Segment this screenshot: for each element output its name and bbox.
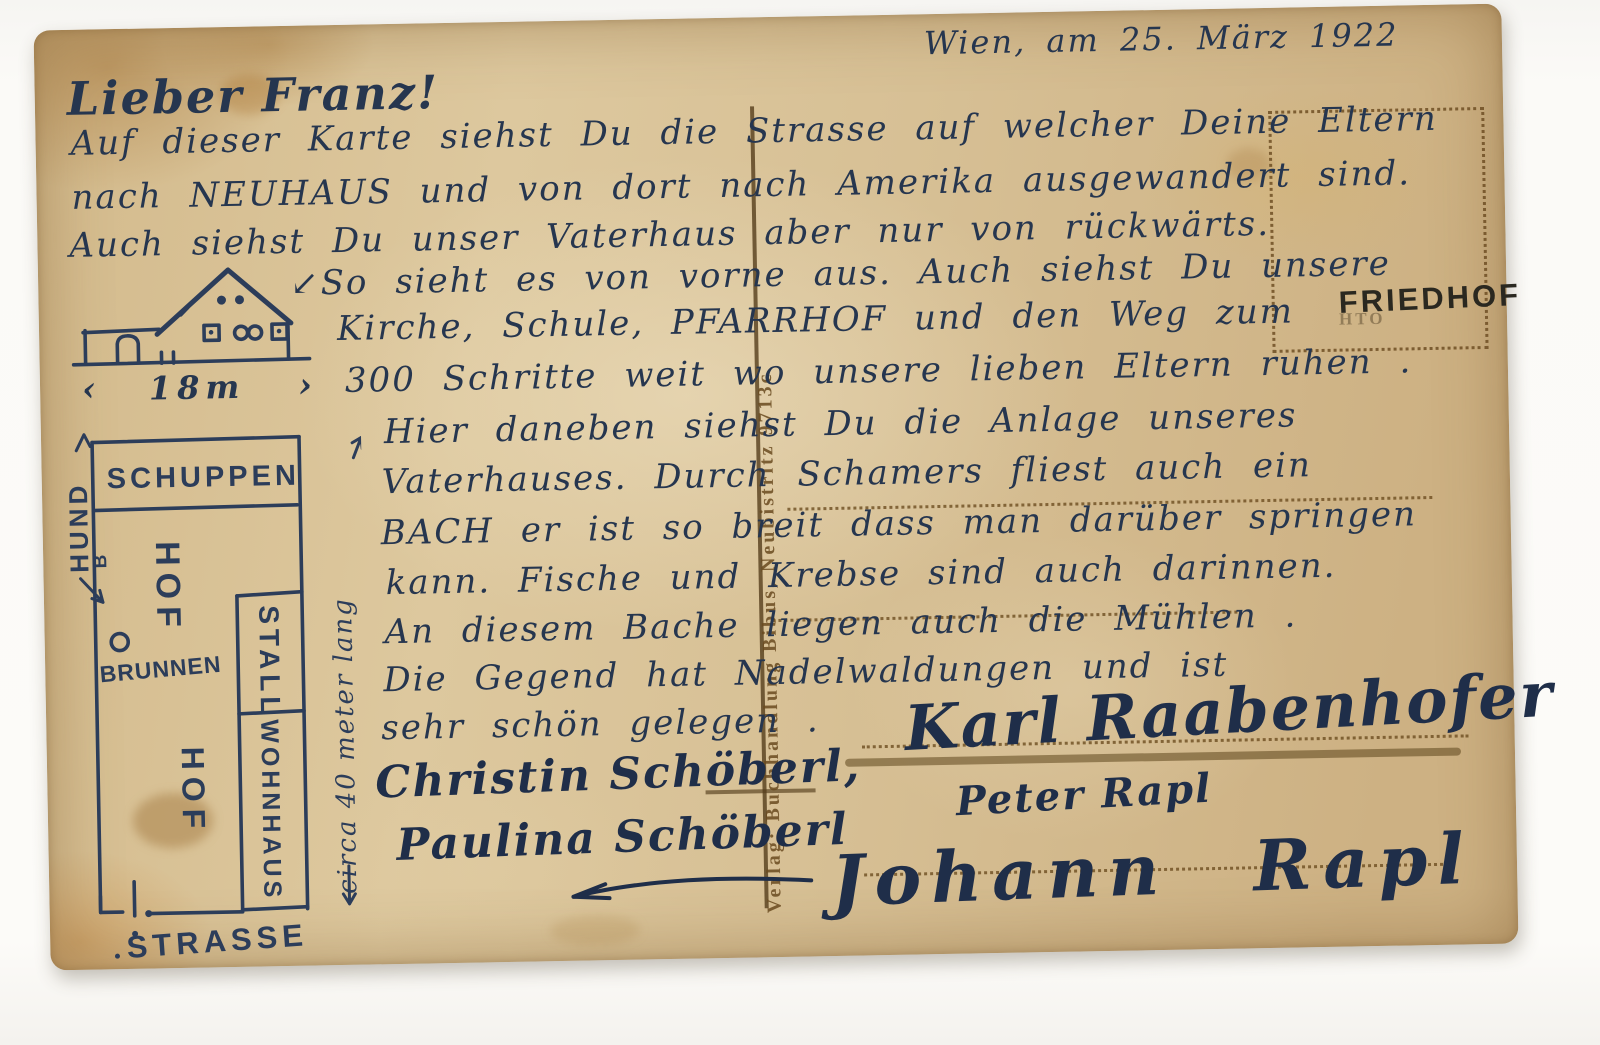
dimension-label: 18m bbox=[149, 368, 246, 408]
paper-stain bbox=[550, 915, 641, 947]
dimension-18m: ‹ 18m › bbox=[82, 365, 313, 409]
plan-label-schuppen: SCHUPPEN bbox=[106, 460, 300, 496]
handwritten-line: kann. Fische und Krebse sind auch darinn… bbox=[385, 546, 1336, 603]
handwritten-line: 300 Schritte weit wo unsere lieben Elter… bbox=[345, 341, 1413, 401]
signature-christin-schoeberl: Christin Schöberl, bbox=[374, 740, 861, 808]
salutation: Lieber Franz! bbox=[66, 65, 439, 126]
plan-label-brunnen-b: B bbox=[90, 554, 111, 568]
dimension-left-arrow-icon: ‹ bbox=[82, 369, 96, 409]
plan-label-hof-lower: HOF bbox=[175, 746, 213, 835]
handwritten-line: Hier daneben siehst Du die Anlage unsere… bbox=[384, 395, 1298, 452]
signature-johann-rapl: Johann Rapl bbox=[830, 817, 1475, 923]
handwritten-line: An diesem Bache liegen auch die Mühlen . bbox=[384, 595, 1297, 652]
signature-flourish bbox=[559, 868, 820, 907]
handwritten-line: sehr schön gelegen . bbox=[381, 700, 820, 748]
postcard: Verlag: Buchhandlung Bibus, Neubistritz … bbox=[34, 4, 1519, 971]
farm-plan-sketch: SCHUPPEN HUND B HOF BRUNNEN STALL WOHNHA… bbox=[56, 416, 371, 988]
plan-label-stall: STALL bbox=[253, 605, 286, 719]
plan-label-hof-upper: HOF bbox=[148, 541, 188, 634]
date-line: Wien, am 25. März 1922 bbox=[924, 16, 1399, 63]
plan-label-wohnhaus: WOHNHAUS bbox=[255, 719, 286, 901]
house-sketch bbox=[68, 256, 315, 375]
scan-background: { "card": { "date_line": "Wien, am 25. M… bbox=[0, 0, 1600, 1045]
plan-label-strasse: STRASSE bbox=[126, 917, 309, 965]
handwritten-line: Vaterhauses. Durch Schamers fliest auch … bbox=[381, 445, 1312, 502]
plan-label-brunnen: BRUNNEN bbox=[99, 651, 223, 688]
signature-peter-rapl: Peter Rapl bbox=[955, 765, 1214, 826]
dimension-right-arrow-icon: › bbox=[298, 365, 312, 405]
handwritten-line: BACH er ist so breit dass man darüber sp… bbox=[380, 494, 1417, 553]
plan-length-label: circa 40 meter lang bbox=[328, 597, 363, 894]
